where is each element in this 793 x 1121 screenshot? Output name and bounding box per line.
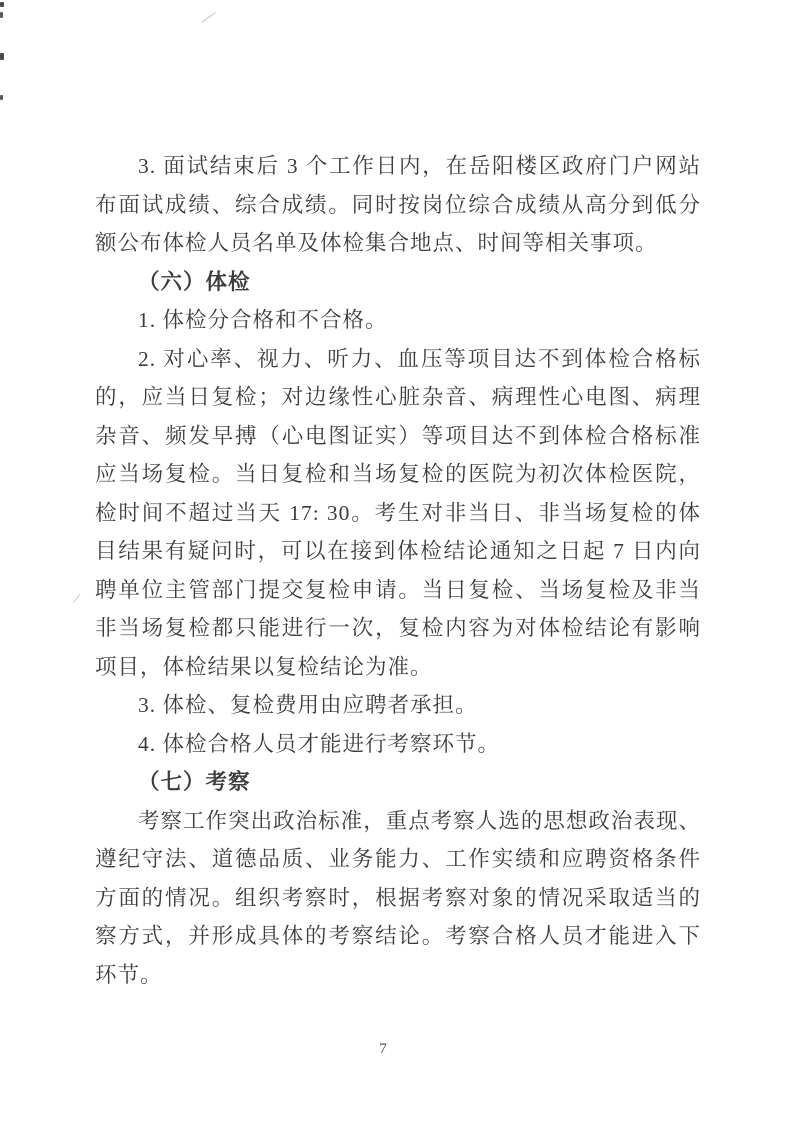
text-line: 杂音、频发早搏（心电图证实）等项目达不到体检合格标准的， (95, 417, 701, 456)
document-body: 3. 面试结束后 3 个工作日内，在岳阳楼区政府门户网站公布面试成绩、综合成绩。… (95, 147, 701, 994)
scan-smudge (201, 12, 215, 23)
scan-smudge (73, 594, 81, 603)
text-line: 环节。 (95, 956, 701, 995)
text-line: 聘单位主管部门提交复检申请。当日复检、当场复检及非当日、 (95, 571, 701, 610)
text-line: 方面的情况。组织考察时，根据考察对象的情况采取适当的考 (95, 879, 701, 918)
text-line: 2. 对心率、视力、听力、血压等项目达不到体检合格标准 (95, 340, 701, 379)
text-line: 项目，体检结果以复检结论为准。 (95, 648, 701, 687)
text-line: 察方式，并形成具体的考察结论。考察合格人员才能进入下一 (95, 917, 701, 956)
text-line: 布面试成绩、综合成绩。同时按岗位综合成绩从高分到低分等 (95, 186, 701, 225)
text-line: 4. 体检合格人员才能进行考察环节。 (95, 725, 701, 764)
text-line: 应当场复检。当日复检和当场复检的医院为初次体检医院，复 (95, 455, 701, 494)
scan-artifact (0, 12, 3, 18)
text-line: 目结果有疑问时，可以在接到体检结论通知之日起 7 日内向招 (95, 532, 701, 571)
text-line: 遵纪守法、道德品质、业务能力、工作实绩和应聘资格条件等 (95, 840, 701, 879)
text-line: （六）体检 (95, 263, 701, 302)
text-line: 额公布体检人员名单及体检集合地点、时间等相关事项。 (95, 224, 701, 263)
document-page: 3. 面试结束后 3 个工作日内，在岳阳楼区政府门户网站公布面试成绩、综合成绩。… (0, 0, 793, 1121)
text-line: 3. 体检、复检费用由应聘者承担。 (95, 686, 701, 725)
text-line: 检时间不超过当天 17: 30。考生对非当日、非当场复检的体检项 (95, 494, 701, 533)
scan-artifact (0, 95, 3, 100)
text-line: 1. 体检分合格和不合格。 (95, 301, 701, 340)
text-line: 考察工作突出政治标准，重点考察人选的思想政治表现、 (95, 802, 701, 841)
page-number: 7 (379, 1041, 387, 1057)
scan-artifact (0, 53, 4, 60)
text-line: 3. 面试结束后 3 个工作日内，在岳阳楼区政府门户网站公 (95, 147, 701, 186)
page-footer: 7 (0, 1040, 766, 1058)
text-line: （七）考察 (95, 763, 701, 802)
scan-artifact (0, 2, 4, 7)
text-line: 非当场复检都只能进行一次，复检内容为对体检结论有影响的 (95, 609, 701, 648)
text-line: 的，应当日复检；对边缘性心脏杂音、病理性心电图、病理性 (95, 378, 701, 417)
